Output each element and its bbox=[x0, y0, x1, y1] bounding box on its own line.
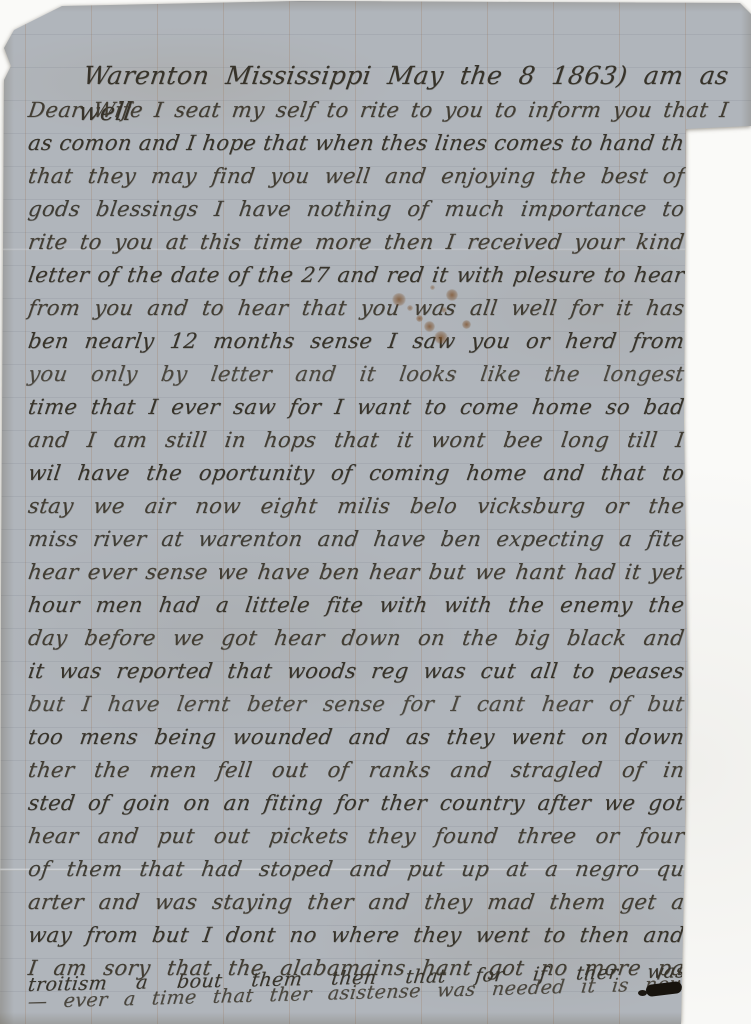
letter-line: from you and to hear that you was all we… bbox=[26, 292, 687, 325]
letter-line: way from but I dont no where they went t… bbox=[26, 919, 687, 952]
letter-line: sted of goin on an fiting for ther count… bbox=[26, 787, 687, 820]
letter-line: hear ever sense we have ben hear but we … bbox=[26, 556, 687, 589]
letter-line: hear and put out pickets they found thre… bbox=[26, 820, 687, 853]
letter-line: as comon and I hope that when thes lines… bbox=[26, 127, 687, 160]
stain-spot bbox=[416, 315, 423, 322]
stain-spot bbox=[424, 321, 435, 332]
stain-spot bbox=[407, 305, 413, 311]
stain-spot bbox=[462, 320, 471, 329]
letter-line: ther the men fell out of ranks and strag… bbox=[26, 754, 687, 787]
letter-line: it was reported that woods reg was cut a… bbox=[26, 655, 687, 688]
letter-line: wil have the oportunity of coming home a… bbox=[26, 457, 687, 490]
stain-spot bbox=[446, 289, 458, 301]
letter-line: hour men had a littele fite with with th… bbox=[26, 589, 687, 622]
scanner-background: Warenton Mississippi May the 8 1863) am … bbox=[0, 0, 751, 1024]
letter-line: you only by letter and it looks like the… bbox=[26, 358, 687, 391]
stain-spot bbox=[430, 285, 435, 290]
letter-line: Dear Wife I seat my self to rite to you … bbox=[26, 94, 731, 127]
stain-spot bbox=[441, 307, 447, 313]
letter-line: letter of the date of the 27 and red it … bbox=[26, 259, 687, 292]
stain-spot bbox=[392, 293, 406, 306]
letter-line: miss river at warenton and have ben expe… bbox=[26, 523, 687, 556]
letter-line: time that I ever saw for I want to come … bbox=[26, 391, 687, 424]
letter-line: day before we got hear down on the big b… bbox=[26, 622, 687, 655]
letter-line: and I am still in hops that it wont bee … bbox=[26, 424, 687, 457]
letter-line: but I have lernt beter sense for I cant … bbox=[26, 688, 687, 721]
letter-line: rite to you at this time more then I rec… bbox=[26, 226, 687, 259]
letter-page-wrap: Warenton Mississippi May the 8 1863) am … bbox=[0, 0, 751, 1024]
letter-line: gods blessings I have nothing of much im… bbox=[26, 193, 687, 226]
letter-line: that they may find you well and enjoying… bbox=[26, 160, 687, 193]
letter-line: ben nearly 12 months sense I saw you or … bbox=[26, 325, 687, 358]
letter-line: too mens being wounded and as they went … bbox=[26, 721, 687, 754]
letter-line: stay we air now eight milis belo vicksbu… bbox=[26, 490, 687, 523]
stain-spot bbox=[434, 331, 448, 344]
letter-line: arter and was staying ther and they mad … bbox=[26, 886, 687, 919]
letter-line: of them that had stoped and put up at a … bbox=[26, 853, 687, 886]
letter-body: Warenton Mississippi May the 8 1863) am … bbox=[26, 58, 682, 1019]
ink-blot bbox=[638, 990, 647, 996]
letter-dateline: Warenton Mississippi May the 8 1863) am … bbox=[26, 58, 731, 94]
letter-page: Warenton Mississippi May the 8 1863) am … bbox=[0, 0, 751, 1024]
